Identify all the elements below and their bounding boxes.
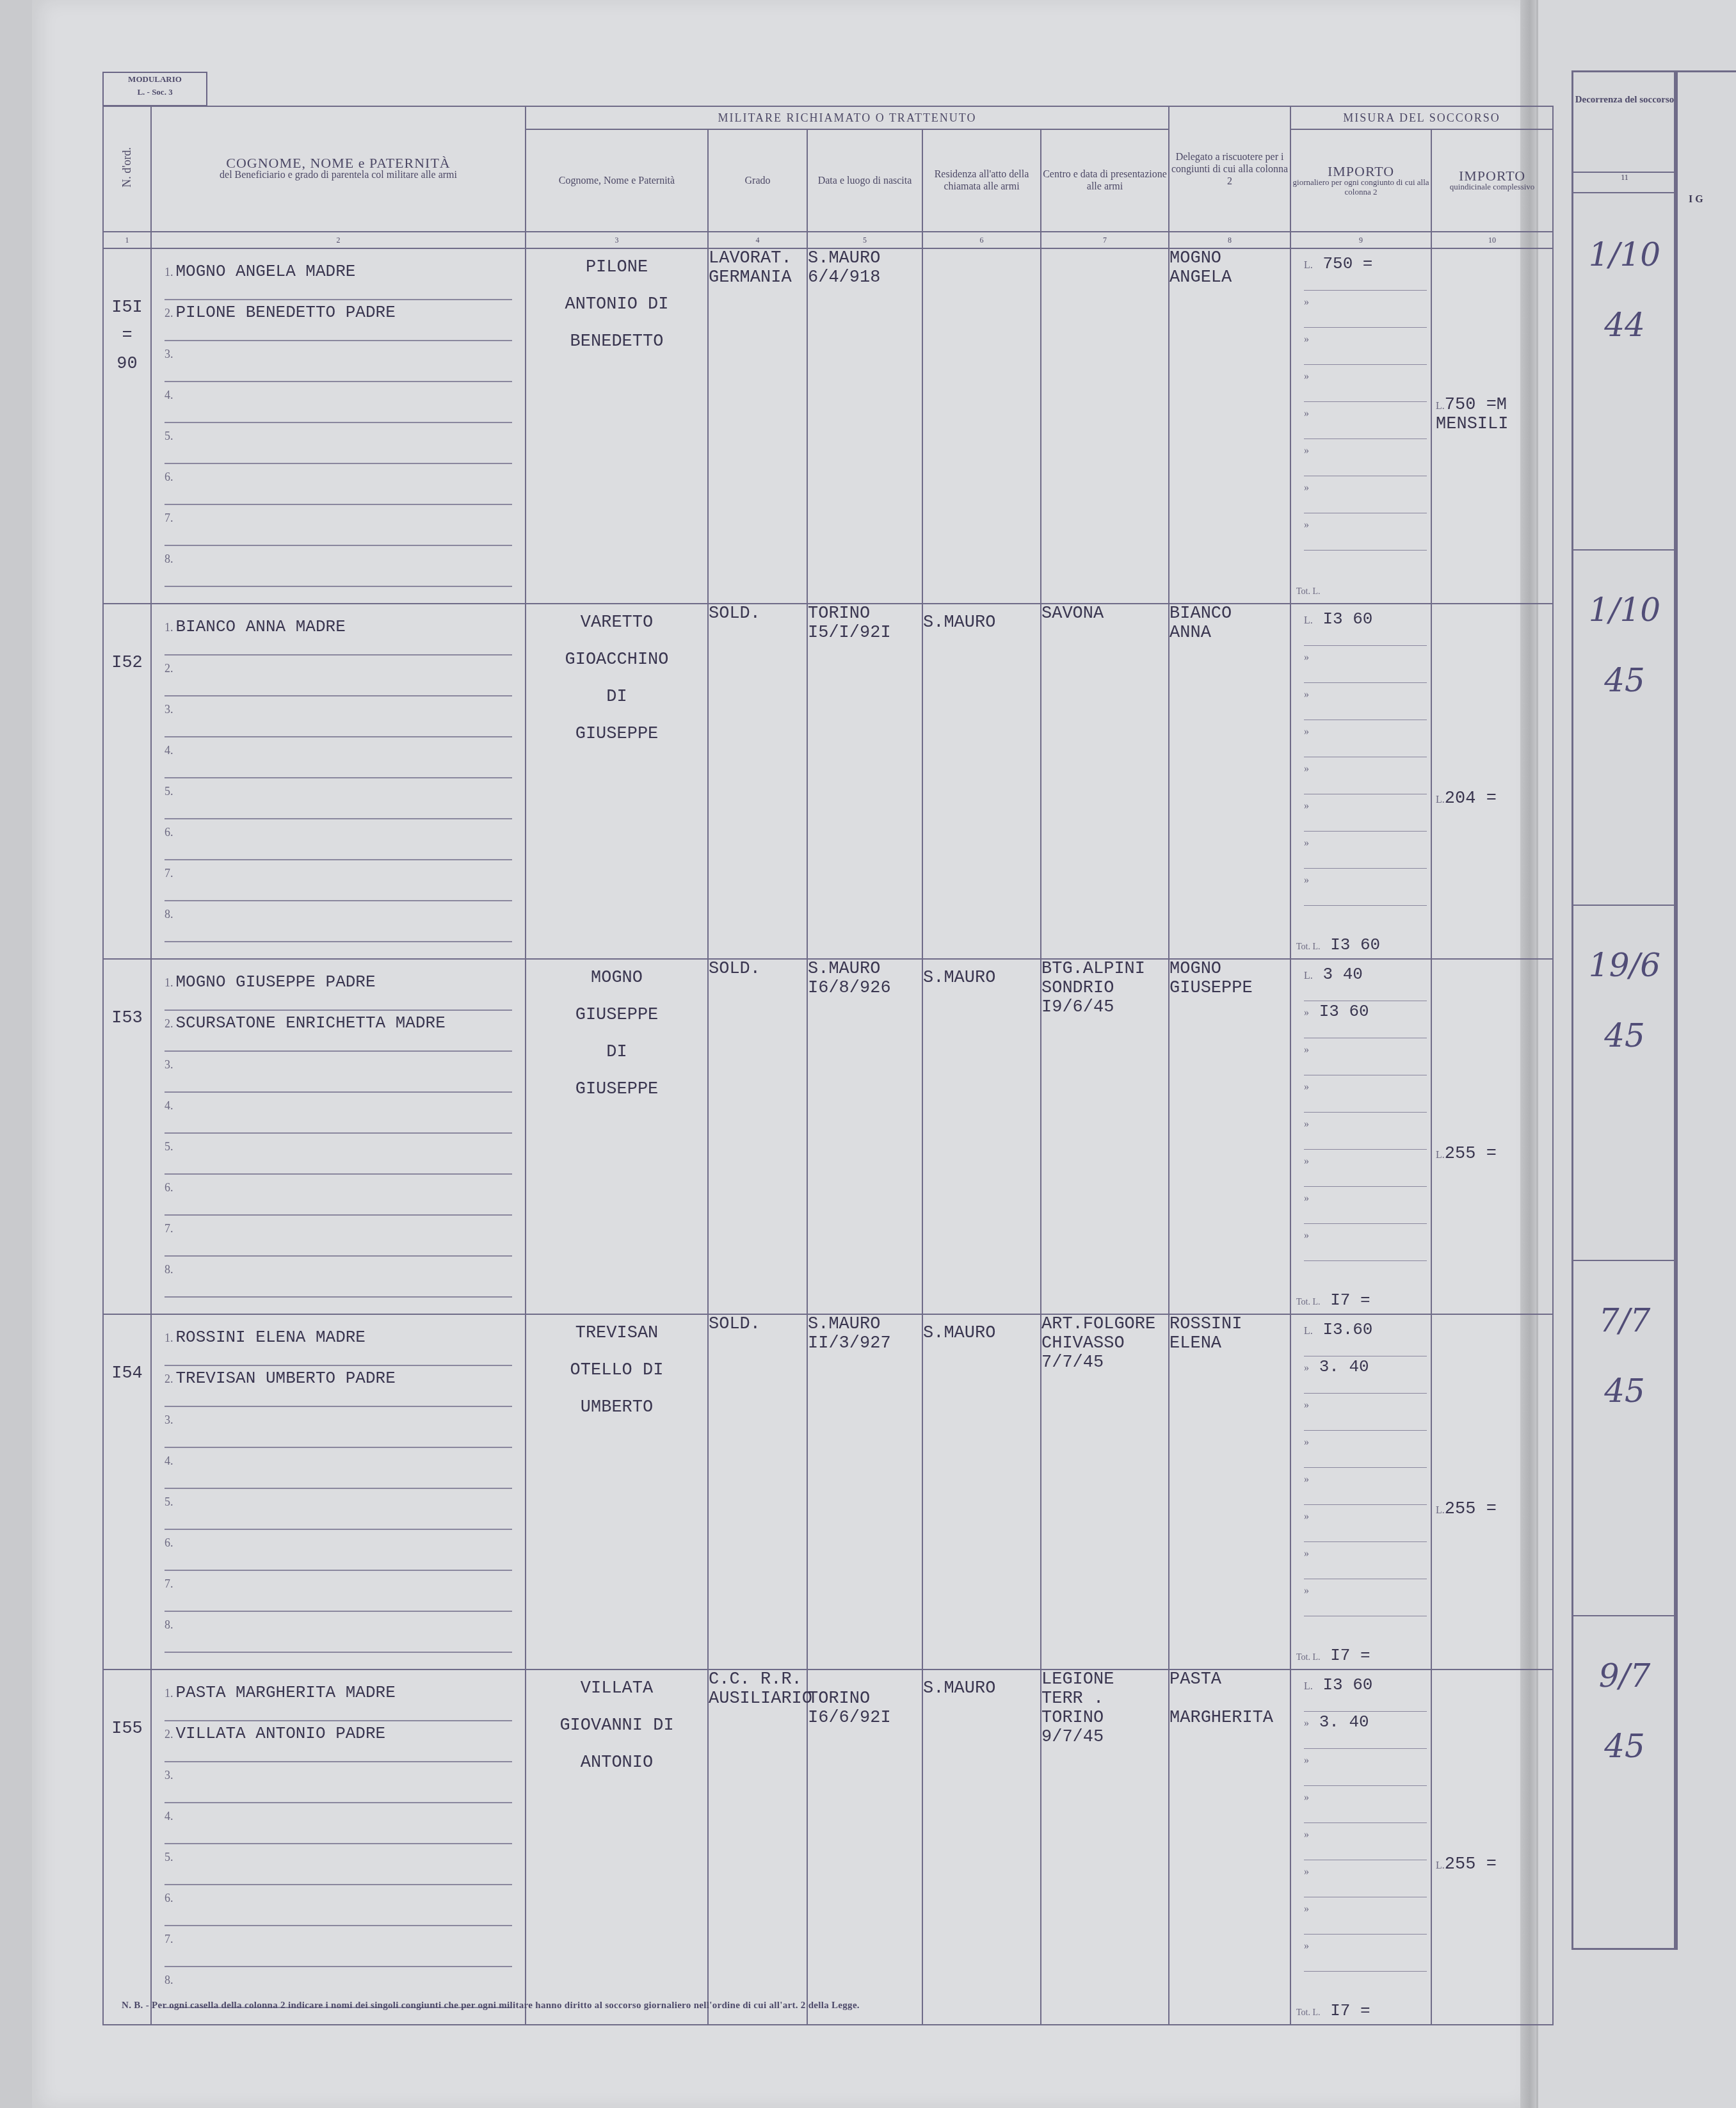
beneficiary-line: 8. [165, 1614, 512, 1653]
totale-value: I7 = [1330, 1646, 1370, 1665]
decorrenza-value: 1/10 44 [1573, 220, 1676, 360]
importo-line: » [1304, 1113, 1427, 1150]
line-number: 7. [165, 1933, 173, 1945]
beneficiary-line: 8. [165, 549, 512, 587]
grado-cell: SOLD. [708, 604, 807, 959]
colnum-5: 5 [807, 232, 922, 248]
nascita-cell: S.MAURO I6/8/926 [807, 959, 922, 1314]
importo-line: » [1304, 1039, 1427, 1075]
nascita-cell: S.MAURO 6/4/918 [807, 248, 922, 604]
line-number: 5. [165, 1495, 173, 1508]
beneficiary-line: 6. [165, 1177, 512, 1216]
importo-quindicinale-cell: L.204 = [1431, 604, 1553, 959]
beneficiary-line: 4. [165, 1451, 512, 1489]
totale-line: Tot. L. I7 = [1296, 2001, 1370, 2020]
line-number: 7. [165, 1577, 173, 1590]
importo-line: » [1304, 440, 1427, 476]
importo-value: 750 = [1322, 254, 1372, 273]
header-group-misura: MISURA DEL SOCCORSO [1290, 106, 1553, 129]
militare-name-cell: TREVISAN OTELLO DI UMBERTO [526, 1314, 708, 1670]
importo-line: » [1304, 328, 1427, 365]
centro-cell: SAVONA [1041, 604, 1169, 959]
militare-name-cell: VARETTO GIOACCHINO DI GIUSEPPE [526, 604, 708, 959]
importo-line: » 3. 40 [1304, 1712, 1427, 1749]
importo-line: » I3 60 [1304, 1002, 1427, 1038]
beneficiary-name: BIANCO ANNA MADRE [176, 617, 346, 636]
beneficiaries-cell: 1.MOGNO ANGELA MADRE2.PILONE BENEDETTO P… [151, 248, 526, 604]
beneficiary-line: 1.PASTA MARGHERITA MADRE [165, 1683, 512, 1721]
totale-line: Tot. L. [1296, 580, 1321, 599]
nascita-cell: TORINO I6/6/92I [807, 1670, 922, 2025]
militare-name-cell: VILLATA GIOVANNI DI ANTONIO [526, 1670, 708, 2025]
grado-cell: SOLD. [708, 1314, 807, 1670]
nascita-cell: S.MAURO II/3/927 [807, 1314, 922, 1670]
line-number: 2. [165, 1372, 173, 1385]
row-divider [1573, 905, 1676, 906]
beneficiary-line: 1.ROSSINI ELENA MADRE [165, 1328, 512, 1366]
beneficiary-line: 3. [165, 1410, 512, 1448]
beneficiary-name: PILONE BENEDETTO PADRE [176, 303, 396, 322]
importo-giornaliero-cell: L. I3 60» 3. 40» » » » » » Tot. L. I7 = [1290, 1670, 1431, 2025]
header-beneficiary: COGNOME, NOME e PATERNITÀ del Beneficiar… [151, 106, 526, 232]
lire-prefix: » [1304, 764, 1309, 775]
line-number: 2. [165, 307, 173, 319]
line-number: 2. [165, 1728, 173, 1741]
line-number: 6. [165, 471, 173, 483]
soccorso-register-table: N. d'ord. COGNOME, NOME e PATERNITÀ del … [102, 106, 1554, 2025]
header-group-militare: MILITARE RICHIAMATO O TRATTENUTO [526, 106, 1169, 129]
importo-giornaliero-cell: L. 750 =» » » » » » » Tot. L. [1290, 248, 1431, 604]
importo-giornaliero-cell: L. I3 60» » » » » » » Tot. L. I3 60 [1290, 604, 1431, 959]
line-number: 4. [165, 1810, 173, 1822]
lire-prefix: » [1304, 1008, 1309, 1018]
lire-prefix: » [1304, 652, 1309, 663]
importo-line: » [1304, 684, 1427, 720]
delegato-cell: MOGNO GIUSEPPE [1169, 959, 1290, 1314]
header-militare-name: Cognome, Nome e Paternità [526, 129, 708, 232]
lire-prefix: » [1304, 1941, 1309, 1952]
table-row: I5I = 901.MOGNO ANGELA MADRE2.PILONE BEN… [103, 248, 1553, 604]
beneficiary-line: 1.MOGNO GIUSEPPE PADRE [165, 972, 512, 1011]
lire-prefix: » [1304, 1904, 1309, 1915]
lire-prefix: » [1304, 1363, 1309, 1374]
importo-line: » [1304, 1935, 1427, 1972]
line-number: 7. [165, 511, 173, 524]
importo-line: » [1304, 477, 1427, 513]
header-delegato: Delegato a riscuotere per i congiunti di… [1169, 106, 1290, 232]
quindicinale-value: 204 = [1445, 789, 1497, 809]
colnum-6: 6 [922, 232, 1041, 248]
colnum-2: 2 [151, 232, 526, 248]
right-page-decorrenza-column: Decorrenza del soccorso 11 1/10 441/10 4… [1571, 70, 1678, 1950]
lire-prefix: » [1304, 801, 1309, 812]
line-number: 1. [165, 1332, 173, 1344]
beneficiary-name: TREVISAN UMBERTO PADRE [176, 1369, 396, 1388]
line-number: 1. [165, 266, 173, 278]
lire-prefix: » [1304, 446, 1309, 456]
line-number: 6. [165, 826, 173, 839]
line-number: 2. [165, 662, 173, 675]
line-number: 6. [165, 1892, 173, 1904]
beneficiary-line: 6. [165, 1533, 512, 1571]
grado-cell: SOLD. [708, 959, 807, 1314]
lire-prefix: L. [1304, 260, 1313, 271]
totale-line: Tot. L. I3 60 [1296, 935, 1380, 954]
beneficiary-name: MOGNO ANGELA MADRE [176, 262, 356, 281]
importo-line: » [1304, 514, 1427, 551]
importo-line: » 3. 40 [1304, 1357, 1427, 1394]
importo-line: » [1304, 1824, 1427, 1860]
beneficiaries-cell: 1.PASTA MARGHERITA MADRE2.VILLATA ANTONI… [151, 1670, 526, 2025]
header-residenza: Residenza all'atto della chiamata alle a… [922, 129, 1041, 232]
residenza-cell: S.MAURO [922, 1670, 1041, 2025]
lire-prefix: » [1304, 1082, 1309, 1093]
importo-line: » [1304, 403, 1427, 439]
decorrenza-colnum: 11 [1573, 172, 1676, 193]
beneficiary-name: MOGNO GIUSEPPE PADRE [176, 972, 376, 992]
line-number: 1. [165, 621, 173, 634]
line-number: 4. [165, 744, 173, 757]
beneficiary-line: 2.SCURSATONE ENRICHETTA MADRE [165, 1013, 512, 1052]
importo-value: 3. 40 [1319, 1712, 1369, 1732]
importo-giornaliero-cell: L. 3 40» I3 60» » » » » » Tot. L. I7 = [1290, 959, 1431, 1314]
lire-prefix: » [1304, 520, 1309, 531]
beneficiary-line: 4. [165, 1806, 512, 1844]
lire-prefix: » [1304, 1193, 1309, 1204]
decorrenza-header: Decorrenza del soccorso [1573, 72, 1676, 172]
quindicinale-value: 255 = [1445, 1500, 1497, 1519]
beneficiary-line: 7. [165, 1218, 512, 1257]
line-number: 5. [165, 785, 173, 798]
beneficiary-line: 8. [165, 1259, 512, 1298]
lire-prefix: » [1304, 1119, 1309, 1130]
centro-cell [1041, 248, 1169, 604]
importo-value: I3 60 [1322, 1675, 1372, 1694]
lire-prefix: » [1304, 1549, 1309, 1559]
lire-prefix: L. [1304, 1326, 1313, 1337]
line-number: 1. [165, 1687, 173, 1700]
importo-line: » [1304, 1580, 1427, 1616]
n-ord-cell: I54 [103, 1314, 151, 1670]
beneficiary-line: 3. [165, 1765, 512, 1803]
quindicinale-value: 750 =M MENSILI [1436, 396, 1508, 434]
beneficiary-line: 7. [165, 863, 512, 901]
header-grado: Grado [708, 129, 807, 232]
beneficiary-line: 6. [165, 822, 512, 860]
importo-line: » [1304, 1150, 1427, 1187]
importo-line: » [1304, 647, 1427, 683]
lire-prefix: » [1304, 838, 1309, 849]
beneficiaries-cell: 1.BIANCO ANNA MADRE2.3.4.5.6.7.8. [151, 604, 526, 959]
importo-line: » [1304, 1898, 1427, 1935]
table-row: I551.PASTA MARGHERITA MADRE2.VILLATA ANT… [103, 1670, 1553, 2025]
lire-prefix: » [1304, 727, 1309, 737]
importo-line: L. 3 40 [1304, 965, 1427, 1001]
line-number: 3. [165, 1769, 173, 1782]
next-column-fragment: I G [1689, 194, 1703, 205]
right-page-next-column: I G [1674, 70, 1736, 1948]
lire-prefix: » [1304, 1586, 1309, 1597]
quindicinale-value: 255 = [1445, 1145, 1497, 1164]
importo-value: I3 60 [1319, 1002, 1369, 1021]
importo-line: » [1304, 1861, 1427, 1897]
importo-line: » [1304, 1506, 1427, 1542]
line-number: 3. [165, 1413, 173, 1426]
modulario-label: MODULARIO L. - Soc. 3 [102, 72, 207, 106]
lire-prefix: L. [1304, 615, 1313, 626]
header-nascita: Data e luogo di nascita [807, 129, 922, 232]
beneficiary-line: 6. [165, 467, 512, 505]
delegato-cell: MOGNO ANGELA [1169, 248, 1290, 604]
beneficiary-name: SCURSATONE ENRICHETTA MADRE [176, 1013, 446, 1033]
beneficiary-line: 5. [165, 1136, 512, 1175]
lire-prefix: » [1304, 1718, 1309, 1729]
colnum-9: 9 [1290, 232, 1431, 248]
residenza-cell: S.MAURO [922, 1314, 1041, 1670]
importo-quindicinale-cell: L.255 = [1431, 1314, 1553, 1670]
importo-line: » [1304, 721, 1427, 757]
beneficiary-line: 3. [165, 699, 512, 737]
colnum-8: 8 [1169, 232, 1290, 248]
decorrenza-value: 7/7 45 [1573, 1285, 1676, 1426]
colnum-10: 10 [1431, 232, 1553, 248]
header-importo-giornaliero: IMPORTO giornaliero per ogni congiunto d… [1290, 129, 1431, 232]
table-row: I541.ROSSINI ELENA MADRE2.TREVISAN UMBER… [103, 1314, 1553, 1670]
n-ord-cell: I5I = 90 [103, 248, 151, 604]
beneficiary-line: 1.BIANCO ANNA MADRE [165, 617, 512, 656]
centro-cell: ART.FOLGORE CHIVASSO 7/7/45 [1041, 1314, 1169, 1670]
line-number: 5. [165, 430, 173, 442]
importo-line: » [1304, 832, 1427, 869]
line-number: 1. [165, 976, 173, 989]
line-number: 7. [165, 867, 173, 880]
beneficiary-line: 5. [165, 426, 512, 464]
beneficiary-line: 4. [165, 1095, 512, 1134]
line-number: 3. [165, 703, 173, 716]
beneficiary-line: 2. [165, 658, 512, 696]
lire-prefix: » [1304, 1474, 1309, 1485]
residenza-cell [922, 248, 1041, 604]
lire-prefix: » [1304, 1755, 1309, 1766]
militare-name-cell: PILONE ANTONIO DI BENEDETTO [526, 248, 708, 604]
header-centro: Centro e data di presentazione alle armi [1041, 129, 1169, 232]
centro-cell: LEGIONE TERR . TORINO 9/7/45 [1041, 1670, 1169, 2025]
header-n-ord: N. d'ord. [103, 106, 151, 232]
beneficiary-line: 2.PILONE BENEDETTO PADRE [165, 303, 512, 341]
beneficiary-line: 5. [165, 781, 512, 819]
importo-line: L. 750 = [1304, 254, 1427, 291]
line-number: 4. [165, 389, 173, 401]
lire-prefix: » [1304, 1792, 1309, 1803]
lire-prefix: » [1304, 334, 1309, 345]
colnum-7: 7 [1041, 232, 1169, 248]
beneficiary-name: ROSSINI ELENA MADRE [176, 1328, 366, 1347]
centro-cell: BTG.ALPINI SONDRIO I9/6/45 [1041, 959, 1169, 1314]
quindicinale-value: 255 = [1445, 1855, 1497, 1874]
row-divider [1573, 1615, 1676, 1616]
beneficiary-line: 7. [165, 1929, 512, 1967]
importo-line: L. I3.60 [1304, 1320, 1427, 1356]
header-importo-quindicinale: IMPORTO quindicinale complessivo [1431, 129, 1553, 232]
n-ord-cell: I53 [103, 959, 151, 1314]
importo-giornaliero-cell: L. I3.60» 3. 40» » » » » » Tot. L. I7 = [1290, 1314, 1431, 1670]
importo-line: » [1304, 1543, 1427, 1579]
militare-name-cell: MOGNO GIUSEPPE DI GIUSEPPE [526, 959, 708, 1314]
beneficiary-line: 7. [165, 1573, 512, 1612]
table-row: I521.BIANCO ANNA MADRE2.3.4.5.6.7.8.VARE… [103, 604, 1553, 959]
importo-quindicinale-cell: L.750 =M MENSILI [1431, 248, 1553, 604]
grado-cell: LAVORAT. GERMANIA [708, 248, 807, 604]
beneficiary-name: PASTA MARGHERITA MADRE [176, 1683, 396, 1702]
line-number: 4. [165, 1099, 173, 1112]
importo-value: I3 60 [1322, 609, 1372, 629]
residenza-cell: S.MAURO [922, 604, 1041, 959]
lire-prefix: » [1304, 875, 1309, 886]
line-number: 3. [165, 1058, 173, 1071]
lire-prefix: » [1304, 1045, 1309, 1056]
lire-prefix: » [1304, 483, 1309, 494]
delegato-cell: PASTA MARGHERITA [1169, 1670, 1290, 2025]
importo-line: » [1304, 1394, 1427, 1431]
decorrenza-value: 19/6 45 [1573, 930, 1676, 1071]
beneficiary-line: 1.MOGNO ANGELA MADRE [165, 262, 512, 300]
n-ord-cell: I52 [103, 604, 151, 959]
importo-line: » [1304, 1225, 1427, 1261]
line-number: 2. [165, 1017, 173, 1030]
nascita-cell: TORINO I5/I/92I [807, 604, 922, 959]
line-number: 7. [165, 1222, 173, 1235]
residenza-cell: S.MAURO [922, 959, 1041, 1314]
beneficiary-line: 3. [165, 1054, 512, 1093]
beneficiary-line: 3. [165, 344, 512, 382]
lire-prefix: L. [1304, 970, 1313, 981]
importo-line: » [1304, 1076, 1427, 1113]
totale-value: I7 = [1330, 2001, 1370, 2020]
line-number: 3. [165, 348, 173, 360]
lire-prefix: » [1304, 1511, 1309, 1522]
lire-prefix: » [1304, 1867, 1309, 1878]
beneficiary-line: 7. [165, 508, 512, 546]
totale-value: I7 = [1330, 1291, 1370, 1310]
n-ord-cell: I55 [103, 1670, 151, 2025]
lire-prefix: » [1304, 408, 1309, 419]
importo-line: » [1304, 758, 1427, 794]
delegato-cell: BIANCO ANNA [1169, 604, 1290, 959]
importo-quindicinale-cell: L.255 = [1431, 1670, 1553, 2025]
delegato-cell: ROSSINI ELENA [1169, 1314, 1290, 1670]
line-number: 6. [165, 1181, 173, 1194]
line-number: 5. [165, 1140, 173, 1153]
colnum-1: 1 [103, 232, 151, 248]
importo-line: » [1304, 1750, 1427, 1786]
colnum-3: 3 [526, 232, 708, 248]
footnote: N. B. - Per ogni casella della colonna 2… [122, 2000, 860, 2011]
importo-value: 3 40 [1322, 965, 1362, 984]
importo-line: L. I3 60 [1304, 1675, 1427, 1712]
totale-value: I3 60 [1330, 935, 1380, 954]
line-number: 8. [165, 908, 173, 921]
importo-line: » [1304, 291, 1427, 328]
beneficiary-line: 2.VILLATA ANTONIO PADRE [165, 1724, 512, 1762]
importo-line: » [1304, 1431, 1427, 1468]
decorrenza-value: 9/7 45 [1573, 1641, 1676, 1782]
totale-line: Tot. L. I7 = [1296, 1291, 1370, 1310]
lire-prefix: » [1304, 1156, 1309, 1167]
importo-value: 3. 40 [1319, 1357, 1369, 1376]
beneficiary-line: 6. [165, 1888, 512, 1926]
importo-value: I3.60 [1322, 1320, 1372, 1339]
lire-prefix: L. [1304, 1681, 1313, 1692]
line-number: 8. [165, 1618, 173, 1631]
row-divider [1573, 549, 1676, 551]
beneficiary-line: 5. [165, 1847, 512, 1885]
beneficiaries-cell: 1.ROSSINI ELENA MADRE2.TREVISAN UMBERTO … [151, 1314, 526, 1670]
line-number: 8. [165, 1974, 173, 1986]
lire-prefix: » [1304, 1437, 1309, 1448]
line-number: 8. [165, 1263, 173, 1276]
importo-quindicinale-cell: L.255 = [1431, 959, 1553, 1314]
line-number: 5. [165, 1851, 173, 1863]
beneficiary-line: 2.TREVISAN UMBERTO PADRE [165, 1369, 512, 1407]
beneficiary-line: 4. [165, 740, 512, 778]
importo-line: L. I3 60 [1304, 609, 1427, 646]
importo-line: » [1304, 795, 1427, 832]
beneficiary-line: 8. [165, 904, 512, 942]
lire-prefix: » [1304, 1230, 1309, 1241]
lire-prefix: » [1304, 1830, 1309, 1840]
importo-line: » [1304, 1187, 1427, 1224]
beneficiary-line: 4. [165, 385, 512, 423]
colnum-4: 4 [708, 232, 807, 248]
grado-cell: C.C. R.R. AUSILIARIO [708, 1670, 807, 2025]
line-number: 4. [165, 1454, 173, 1467]
importo-line: » [1304, 869, 1427, 906]
row-divider [1573, 1260, 1676, 1261]
beneficiaries-cell: 1.MOGNO GIUSEPPE PADRE2.SCURSATONE ENRIC… [151, 959, 526, 1314]
lire-prefix: » [1304, 689, 1309, 700]
importo-line: » [1304, 1787, 1427, 1823]
lire-prefix: » [1304, 297, 1309, 308]
line-number: 6. [165, 1536, 173, 1549]
table-row: I531.MOGNO GIUSEPPE PADRE2.SCURSATONE EN… [103, 959, 1553, 1314]
importo-line: » [1304, 366, 1427, 402]
line-number: 8. [165, 552, 173, 565]
decorrenza-value: 1/10 45 [1573, 575, 1676, 716]
importo-line: » [1304, 1468, 1427, 1505]
lire-prefix: » [1304, 371, 1309, 382]
totale-line: Tot. L. I7 = [1296, 1646, 1370, 1665]
beneficiary-line: 5. [165, 1492, 512, 1530]
beneficiary-name: VILLATA ANTONIO PADRE [176, 1724, 386, 1743]
lire-prefix: » [1304, 1400, 1309, 1411]
